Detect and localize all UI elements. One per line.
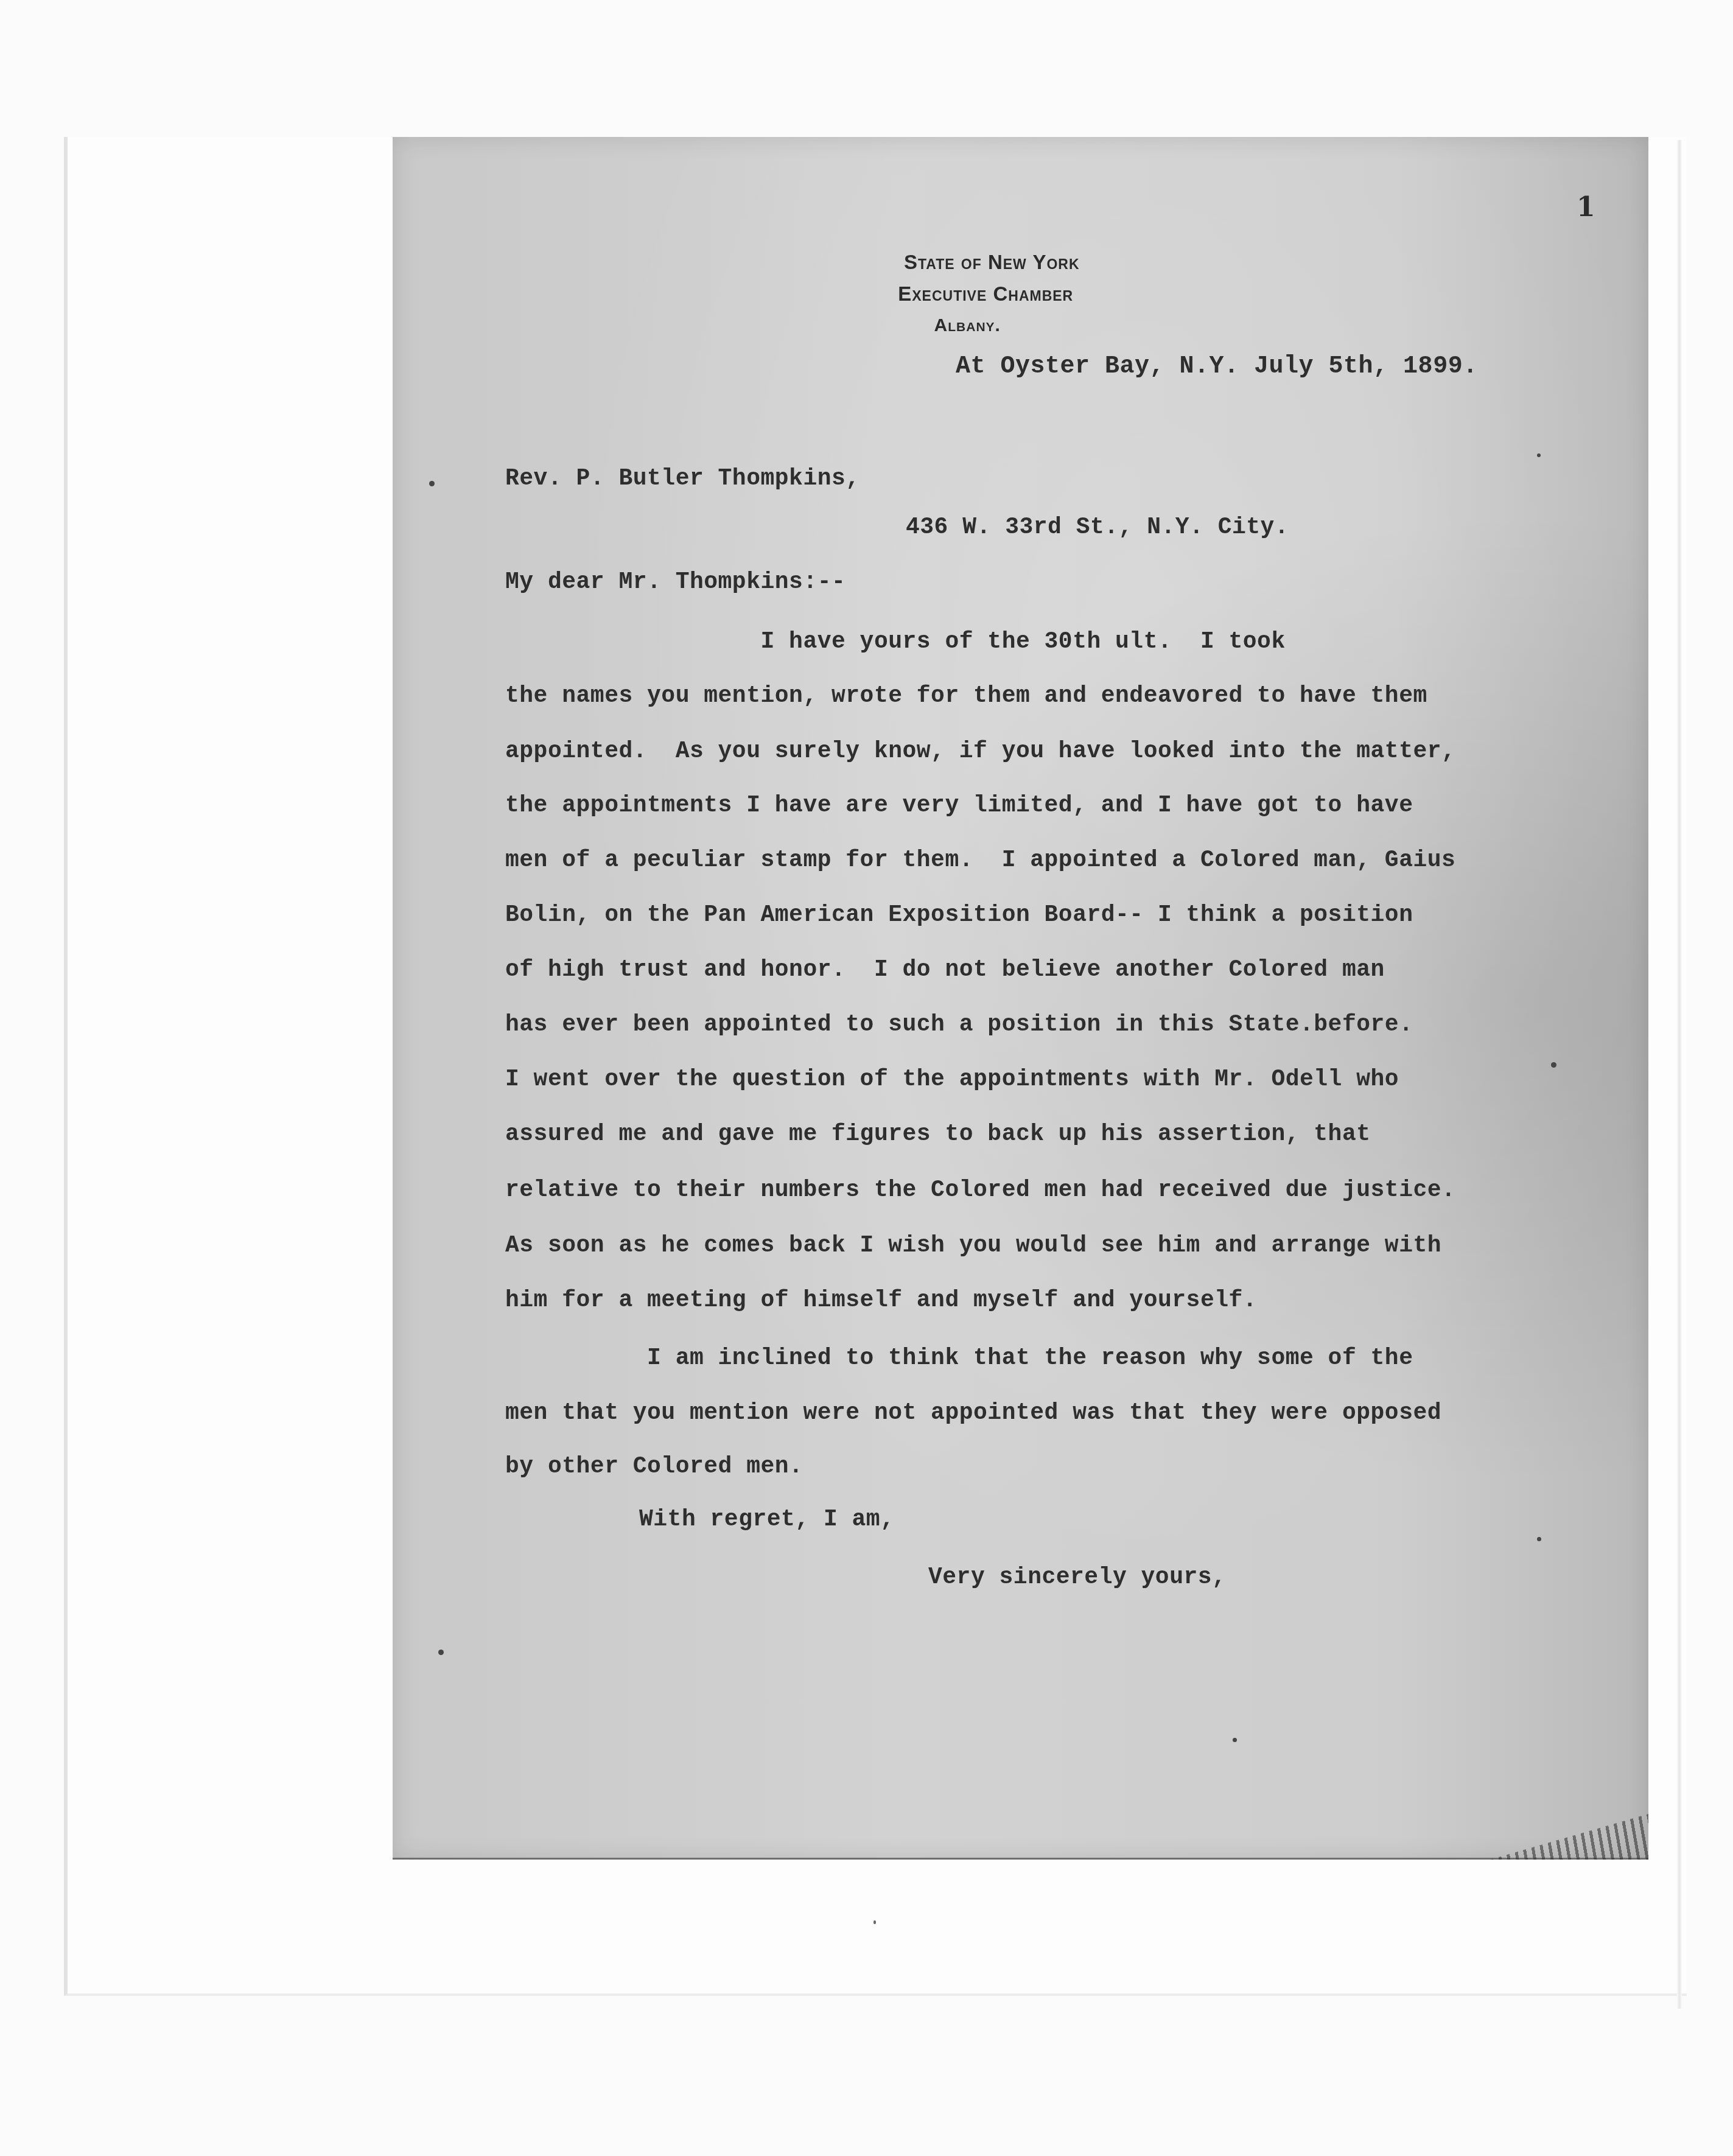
letterhead-chamber: Executive Chamber (892, 278, 1080, 310)
body-line: men that you mention were not appointed … (505, 1400, 1441, 1426)
body-line: relative to their numbers the Colored me… (505, 1177, 1455, 1203)
body-line: assured me and gave me figures to back u… (505, 1121, 1371, 1147)
salutation: My dear Mr. Thompkins:-- (505, 569, 845, 595)
dateline: At Oyster Bay, N.Y. July 5th, 1899. (956, 353, 1478, 380)
margin-dot (438, 1650, 444, 1655)
margin-dot (429, 481, 435, 486)
closing-valediction: Very sincerely yours, (928, 1564, 1226, 1591)
body-line: has ever been appointed to such a positi… (505, 1012, 1413, 1038)
closing-regret: With regret, I am, (639, 1507, 894, 1533)
margin-dot (1537, 1537, 1541, 1541)
torn-corner-marks (1490, 1814, 1648, 1860)
body-line: him for a meeting of himself and myself … (505, 1287, 1257, 1314)
recipient-name: Rev. P. Butler Thompkins, (505, 466, 860, 492)
body-line: men of a peculiar stamp for them. I appo… (505, 847, 1455, 873)
body-line: Bolin, on the Pan American Exposition Bo… (505, 902, 1413, 928)
body-line: I went over the question of the appointm… (505, 1066, 1399, 1093)
body-line: As soon as he comes back I wish you woul… (505, 1233, 1441, 1259)
letter-page (393, 137, 1648, 1860)
recipient-address: 436 W. 33rd St., N.Y. City. (906, 514, 1289, 541)
page-bottom-edge (393, 1858, 1648, 1860)
letterhead-city: Albany. (855, 310, 1080, 341)
mount-edge (1677, 140, 1682, 2009)
body-line: the appointments I have are very limited… (505, 793, 1413, 819)
margin-dot (1233, 1738, 1237, 1742)
body-line: I am inclined to think that the reason w… (505, 1345, 1413, 1371)
body-line: appointed. As you surely know, if you ha… (505, 738, 1455, 765)
stray-mark (874, 1920, 876, 1924)
body-line: the names you mention, wrote for them an… (505, 683, 1427, 709)
margin-dot (1537, 453, 1541, 457)
body-line: of high trust and honor. I do not believ… (505, 957, 1385, 983)
page-number: 1 (1577, 192, 1595, 223)
body-line: I have yours of the 30th ult. I took (505, 629, 1286, 655)
margin-dot (1551, 1062, 1556, 1068)
letterhead: State of New York Executive Chamber Alba… (892, 247, 1080, 341)
letterhead-state: State of New York (904, 247, 1080, 278)
body-line: by other Colored men. (505, 1454, 803, 1480)
